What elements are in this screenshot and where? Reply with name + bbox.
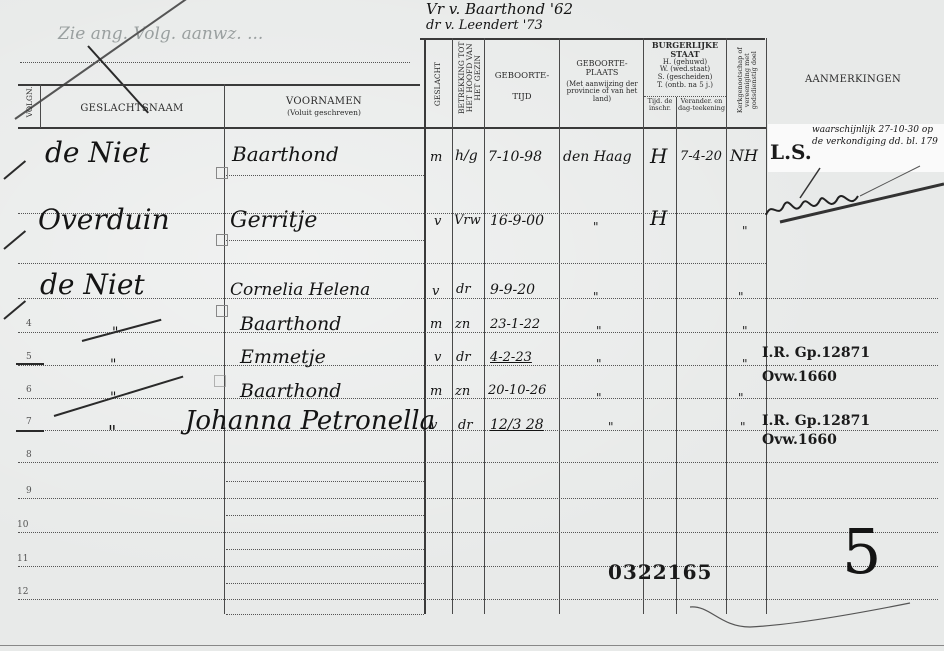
voornamen-subline <box>226 549 424 550</box>
wife-reference: dr v. Leendert '73 <box>426 18 543 33</box>
col-divider <box>643 38 644 614</box>
row2-sex: v <box>434 214 441 229</box>
col-divider <box>726 38 727 614</box>
col-divider <box>224 84 225 614</box>
row1-remarks-note: waarschijnlijk 27-10-30 op de verkondigi… <box>812 124 942 148</box>
serial-number: 0322165 <box>608 560 712 584</box>
row-number: 6 <box>26 385 32 395</box>
row5-birth-place: " <box>596 357 602 371</box>
family-card: Zie ang. Volg. aanwz. ... Vr v. Baarthon… <box>0 0 944 651</box>
row-number: 11 <box>17 554 28 564</box>
row5-remarks-text: I.R. Gp.12871 Ovw.1660 <box>762 345 870 385</box>
row1-birth-place: den Haag <box>563 149 632 165</box>
row3-birth-date: 9-9-20 <box>490 282 535 298</box>
header-geboorteplaats: GEBOORTE- PLAATS (Met aanwijzing der pro… <box>561 60 643 104</box>
row5-surname: " <box>110 357 116 373</box>
cross-out-stroke <box>14 0 191 120</box>
col-divider <box>766 38 767 614</box>
voornamen-subline <box>226 614 424 615</box>
row3-surname: de Niet <box>40 268 145 301</box>
header-bs-title: BURGERLIJKE STAAT <box>644 41 726 59</box>
row5-remarks: I.R. Gp.12871 Ovw.1660 <box>762 338 944 386</box>
row5-given: Emmetje <box>240 346 326 368</box>
row3-given: Cornelia Helena <box>230 280 370 300</box>
row-line <box>18 332 938 333</box>
row4-birth-date: 23-1-22 <box>490 317 540 332</box>
row-number: 5 <box>26 352 32 362</box>
row3-birth-place: " <box>593 290 599 304</box>
row3-sex: v <box>432 284 439 299</box>
row6-birth-place: " <box>596 391 602 405</box>
row6-relation: zn <box>455 384 470 399</box>
check-box <box>214 375 226 387</box>
row1-sex: m <box>430 150 442 165</box>
row4-religion: " <box>742 324 748 338</box>
row7-remarks-text: I.R. Gp.12871 Ovw.1660 <box>762 413 870 448</box>
row7-given: Johanna Petronella <box>185 406 435 436</box>
check-box <box>216 305 228 317</box>
row6-religion: " <box>738 391 744 405</box>
header-bs-tijd: Tijd. de inschr. <box>645 98 675 112</box>
row1-religion: NH <box>730 146 758 165</box>
header-geboorteplaats-sub: (Met aanwijzing der provincie of van het… <box>561 81 643 104</box>
header-voornamen-sub: (Voluit geschreven) <box>226 109 422 117</box>
row-line <box>18 462 938 463</box>
header-top-rule <box>18 84 420 86</box>
row5-religion: " <box>742 357 748 371</box>
col-divider <box>484 38 485 614</box>
entry-tick <box>3 160 26 180</box>
row7-birth-place: " <box>608 420 614 434</box>
row2-surname: Overduin <box>38 203 170 236</box>
row3-relation: dr <box>456 282 471 297</box>
row-line <box>18 298 938 299</box>
row6-surname: " <box>110 390 116 406</box>
entry-tick <box>3 230 26 250</box>
row1-surname: de Niet <box>45 136 150 169</box>
check-box <box>216 234 228 246</box>
bottom-flourish <box>690 595 920 635</box>
row2-relation: Vrw <box>454 213 481 228</box>
row1-civil-status: H <box>650 144 667 168</box>
row7-birth-date: 12/3 28 <box>490 417 544 433</box>
col-divider <box>452 38 453 614</box>
header-geslacht: GESLACHT <box>434 54 442 114</box>
row4-relation: zn <box>455 317 470 332</box>
voornamen-subline <box>226 240 424 241</box>
entry-tick <box>3 300 26 320</box>
row7-sex: v <box>430 418 437 433</box>
entry-tick <box>82 319 162 342</box>
row2-civil-status: H <box>650 206 667 230</box>
crossed-note: Zie ang. Volg. aanwz. ... <box>58 24 263 44</box>
header-geslachtsnaam: GESLACHTSNAAM <box>42 103 222 114</box>
row4-given: Baarthond <box>240 313 341 335</box>
row-number: 10 <box>17 520 28 530</box>
row-line <box>18 532 938 533</box>
row-number: 4 <box>26 319 32 329</box>
row1-birth-date: 7-10-98 <box>488 149 542 165</box>
header-kerkgenootschap: Kerkgenootschap of vereeniging met godsd… <box>737 39 757 121</box>
row4-surname: " <box>112 325 118 341</box>
row7-surname: " <box>108 422 116 443</box>
header-geboorteplaats-line2: PLAATS <box>561 69 643 78</box>
card-bottom-edge <box>0 645 944 646</box>
row-line <box>18 398 938 399</box>
row-number: 9 <box>26 486 32 496</box>
row-number: 12 <box>17 587 28 597</box>
entry-tick <box>54 376 184 417</box>
header-aanmerkingen: AANMERKINGEN <box>768 74 938 85</box>
col-divider <box>424 38 426 614</box>
row1-relation: h/g <box>455 148 478 164</box>
row2-birth-date: 16-9-00 <box>490 213 544 229</box>
row-line <box>18 498 938 499</box>
voornamen-subline <box>226 175 424 176</box>
row7-remarks: I.R. Gp.12871 Ovw.1660 <box>762 410 944 448</box>
big-number: 5 <box>842 515 881 588</box>
col-divider <box>40 84 41 128</box>
row7-given-text: Johanna Petronella <box>185 406 435 436</box>
entry-tick <box>16 363 44 365</box>
husband-reference: Vr v. Baarthond '62 <box>426 0 573 18</box>
header-betrekking: BETREKKING TOT HET HOOFD VAN HET GEZIN <box>458 36 482 120</box>
row-number: 8 <box>26 450 32 460</box>
row7-relation: dr <box>458 418 473 433</box>
header-burgerlijke-staat: BURGERLIJKE STAAT H. (gehuwd) W. (wed.st… <box>644 41 726 89</box>
row5-birth-date: 4-2-23 <box>490 350 532 365</box>
voornamen-subline <box>226 583 424 584</box>
row1-given: Baarthond <box>232 142 339 166</box>
row-number: 7 <box>26 417 32 427</box>
header-bs-t: T. (ontb. na 5 j.) <box>644 82 726 90</box>
row2-birth-place: " <box>593 220 599 234</box>
header-geboortetijd: GEBOORTE- TIJD <box>486 72 558 103</box>
row6-birth-date: 20-10-26 <box>488 383 546 398</box>
row4-birth-place: " <box>596 324 602 338</box>
voornamen-subline <box>226 515 424 516</box>
header-bs-verander: Verander. en dag-teekening <box>677 98 726 112</box>
row5-sex: v <box>434 350 441 365</box>
header-volgnr: VOLGN. <box>26 84 34 120</box>
entry-tick <box>16 430 44 432</box>
header-voornamen: VOORNAMEN <box>226 96 422 107</box>
row-line <box>18 566 938 567</box>
signature-scribble <box>760 160 944 230</box>
voornamen-subline <box>226 481 424 482</box>
row1-status-change: 7-4-20 <box>680 149 722 164</box>
row6-sex: m <box>430 384 442 399</box>
check-box <box>216 167 228 179</box>
col-divider <box>559 38 560 614</box>
row-line <box>18 263 766 264</box>
top-dotted-line <box>20 62 410 63</box>
row2-given: Gerritje <box>230 208 317 233</box>
header-bottom-rule <box>18 127 766 129</box>
row3-religion: " <box>738 290 744 304</box>
col-divider <box>676 97 677 614</box>
row6-given: Baarthond <box>240 380 341 402</box>
row7-religion: " <box>740 420 746 434</box>
row4-sex: m <box>430 317 442 332</box>
row5-relation: dr <box>456 350 471 365</box>
header-geboortetijd-line1: GEBOORTE- <box>486 72 558 81</box>
header-geboortetijd-line2: TIJD <box>486 93 558 102</box>
row2-religion: " <box>742 224 748 238</box>
